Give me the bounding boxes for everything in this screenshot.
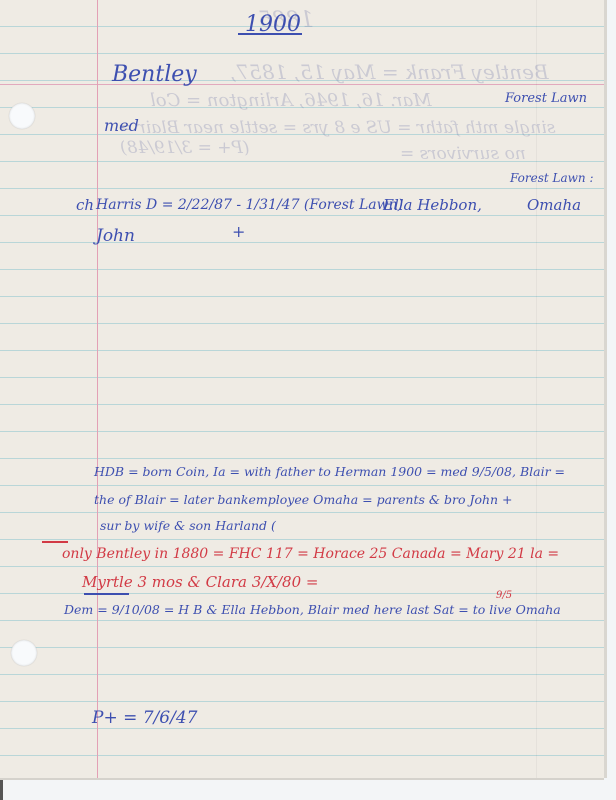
cemetery-forest-lawn: Forest Lawn (505, 92, 587, 105)
notes-line: HDB = born Coin, Ia = with father to Her… (94, 466, 565, 479)
child-john: John (96, 228, 135, 245)
red-dash-mark (42, 541, 68, 543)
place-omaha: Omaha (527, 198, 581, 213)
bleed-through-line: Mar. 16, 1946, Arlington = Col (150, 92, 432, 110)
notes-line: sur by wife & son Harland ( (100, 520, 276, 533)
deceased-mark: + (232, 224, 245, 240)
census-note-line: only Bentley in 1880 = FHC 117 = Horace … (62, 547, 559, 561)
paper-fold (536, 0, 537, 778)
header-rule-line (0, 84, 604, 85)
census-note-line: Myrtle 3 mos & Clara 3/X/80 = (82, 575, 318, 590)
bleed-through-line: single mth fathr = US e 8 yrs = settle n… (118, 120, 555, 137)
margin-line (97, 0, 98, 778)
paper-bottom-edge (0, 778, 604, 780)
child-prefix: ch (76, 198, 94, 213)
bleed-through-line: no survivors = (400, 146, 526, 163)
spouse-name: Ella Hebbon, (383, 198, 482, 213)
notes-line: the of Blair = later bankemployee Omaha … (94, 494, 513, 507)
binder-hole-bottom (11, 640, 37, 666)
notebook-page: 1885 Bentley Frank = May 15, 1857, Mar. … (0, 0, 604, 778)
newspaper-note: Dem = 9/10/08 = H B & Ella Hebbon, Blair… (64, 604, 561, 617)
bleed-through-line: (P+ = 3/19/48) (120, 140, 250, 157)
binder-hole-top (9, 103, 35, 129)
cemetery-forest-lawn-2: Forest Lawn : (510, 172, 594, 184)
scanner-edge (0, 780, 3, 800)
marital-status: med (104, 118, 139, 134)
date-superscript: 9/5 (496, 590, 512, 601)
year-underline (238, 33, 302, 35)
surname-bentley: Bentley (112, 64, 197, 86)
bleed-through-line: Bentley Frank = May 15, 1857, (230, 62, 549, 82)
paper-edge-shadow (604, 0, 607, 778)
myrtle-underline (84, 593, 129, 595)
footer-note: P+ = 7/6/47 (92, 710, 197, 727)
harris-dates: Harris D = 2/22/87 - 1/31/47 (Forest Law… (96, 198, 403, 212)
